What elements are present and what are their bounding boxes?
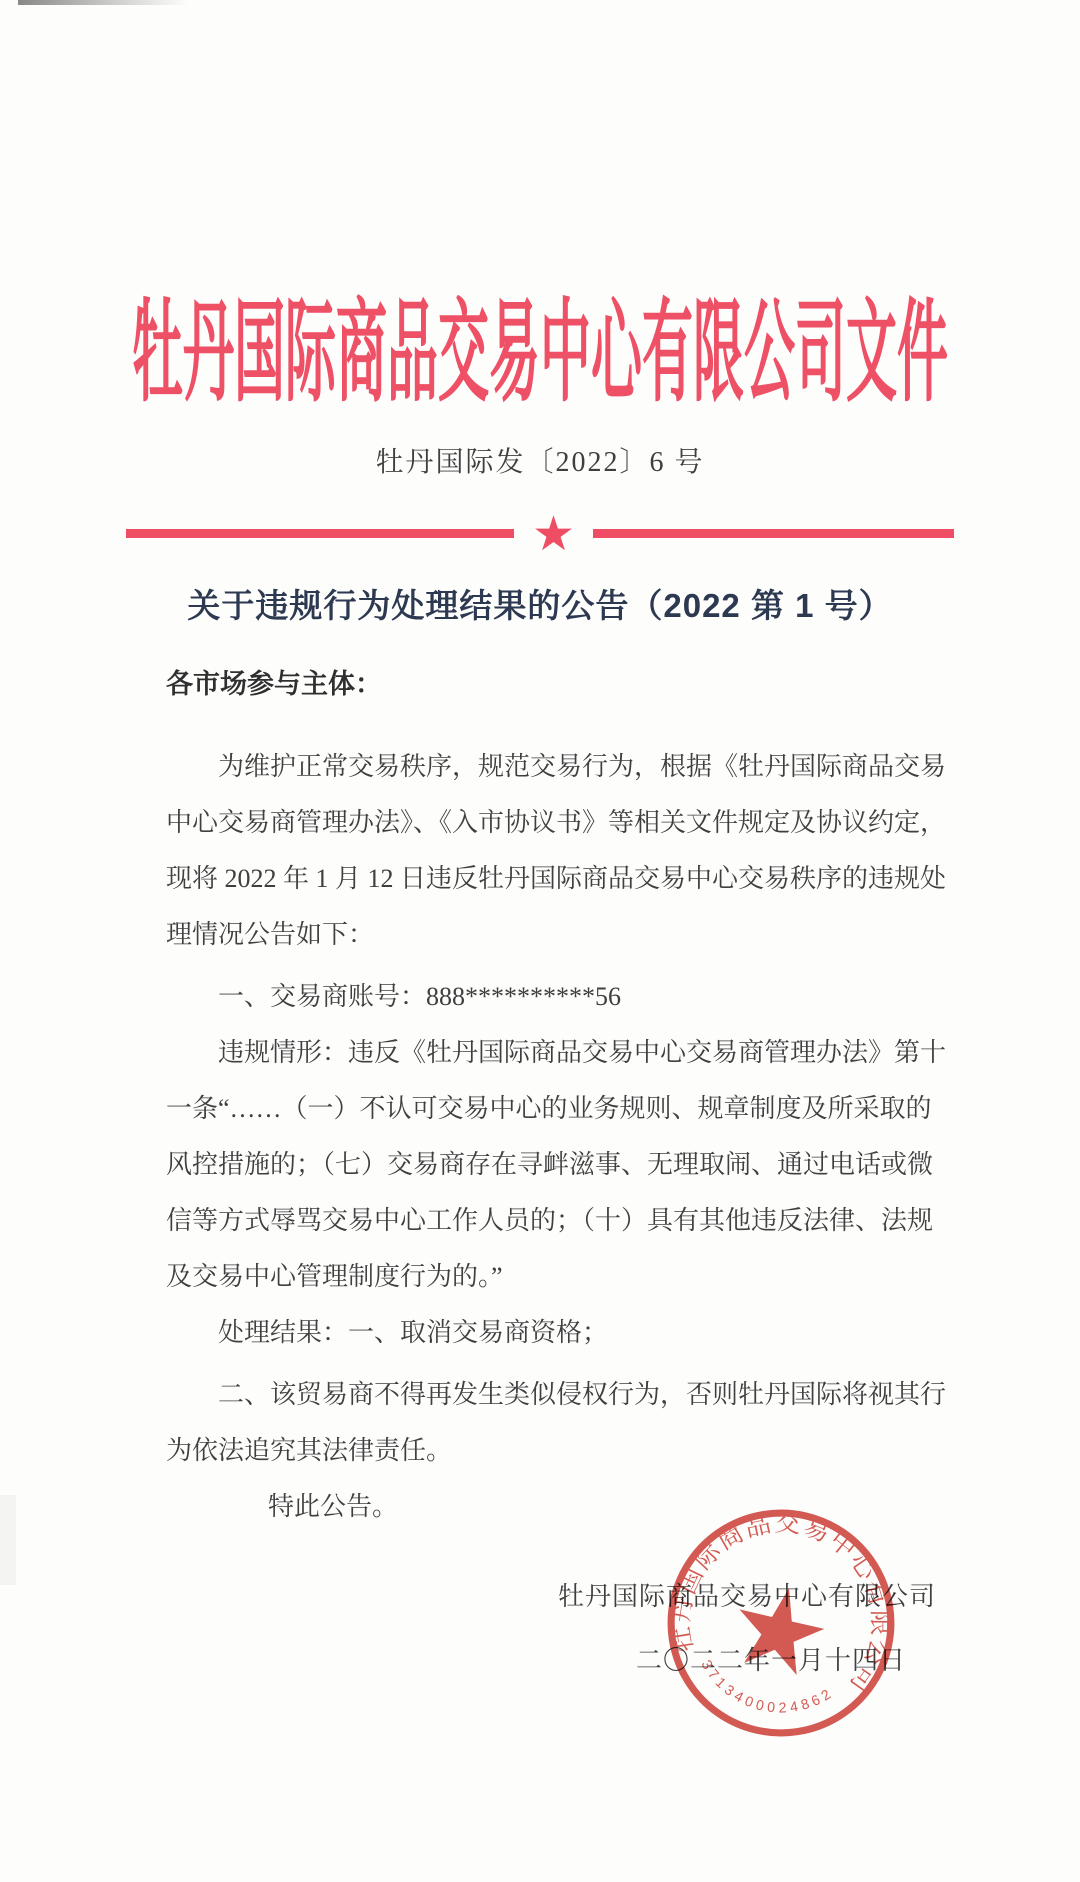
body-line: 二、该贸易商不得再发生类似侵权行为，否则牡丹国际将视其行 [166,1367,952,1423]
star-icon: ★ [514,510,593,558]
seal-code: 3713400024862 [690,1655,840,1730]
paragraph: 违规情形：违反《牡丹国际商品交易中心交易商管理办法》第十 一条“……（一）不认可… [166,1025,952,1305]
body-line: 信等方式辱骂交易中心工作人员的；（十）具有其他违反法律、法规 [166,1193,952,1249]
salutation: 各市场参与主体： [166,656,952,712]
paragraph: 为维护正常交易秩序，规范交易行为，根据《牡丹国际商品交易 中心交易商管理办法》、… [166,739,952,963]
body-line: 现将 2022 年 1 月 12 日违反牡丹国际商品交易中心交易秩序的违规处 [166,851,952,907]
body-line: 为维护正常交易秩序，规范交易行为，根据《牡丹国际商品交易 [166,739,952,795]
body-line: 为依法追究其法律责任。 [166,1423,952,1479]
body-line: 及交易中心管理制度行为的。” [166,1249,952,1305]
scan-artifact-left [0,1495,16,1585]
letterhead: 牡丹国际商品交易中心有限公司文件 [0,262,1080,336]
document-page: 牡丹国际商品交易中心有限公司文件 牡丹国际发〔2022〕6 号 ★ 关于违规行为… [0,0,1080,1882]
paragraph: 处理结果：一、取消交易商资格； [166,1305,952,1361]
document-body: 各市场参与主体： 为维护正常交易秩序，规范交易行为，根据《牡丹国际商品交易 中心… [166,656,952,1535]
body-line: 风控措施的；（七）交易商存在寻衅滋事、无理取闹、通过电话或微 [166,1137,952,1193]
paragraph: 一、交易商账号：888**********56 [166,969,952,1025]
letterhead-title: 牡丹国际商品交易中心有限公司文件 [132,262,948,423]
body-line: 违规情形：违反《牡丹国际商品交易中心交易商管理办法》第十 [166,1025,952,1081]
official-seal: 牡丹国际商品交易中心有限公司 3713400024862 [641,1483,922,1764]
separator-line-left [126,529,514,538]
separator-line-right [593,529,954,538]
paragraph: 二、该贸易商不得再发生类似侵权行为，否则牡丹国际将视其行 为依法追究其法律责任。 [166,1367,952,1479]
seal-star-icon [728,1579,831,1679]
body-line-account: 一、交易商账号：888**********56 [166,969,952,1025]
separator: ★ [126,529,954,539]
body-line-result: 处理结果：一、取消交易商资格； [166,1305,952,1361]
doc-number: 牡丹国际发〔2022〕6 号 [0,440,1080,480]
body-line: 中心交易商管理办法》、《入市协议书》等相关文件规定及协议约定， [166,795,952,851]
body-line: 理情况公告如下： [166,907,952,963]
page-title: 关于违规行为处理结果的公告（2022 第 1 号） [0,580,1080,627]
body-line: 一条“……（一）不认可交易中心的业务规则、规章制度及所采取的 [166,1081,952,1137]
scan-artifact-top [18,0,188,5]
